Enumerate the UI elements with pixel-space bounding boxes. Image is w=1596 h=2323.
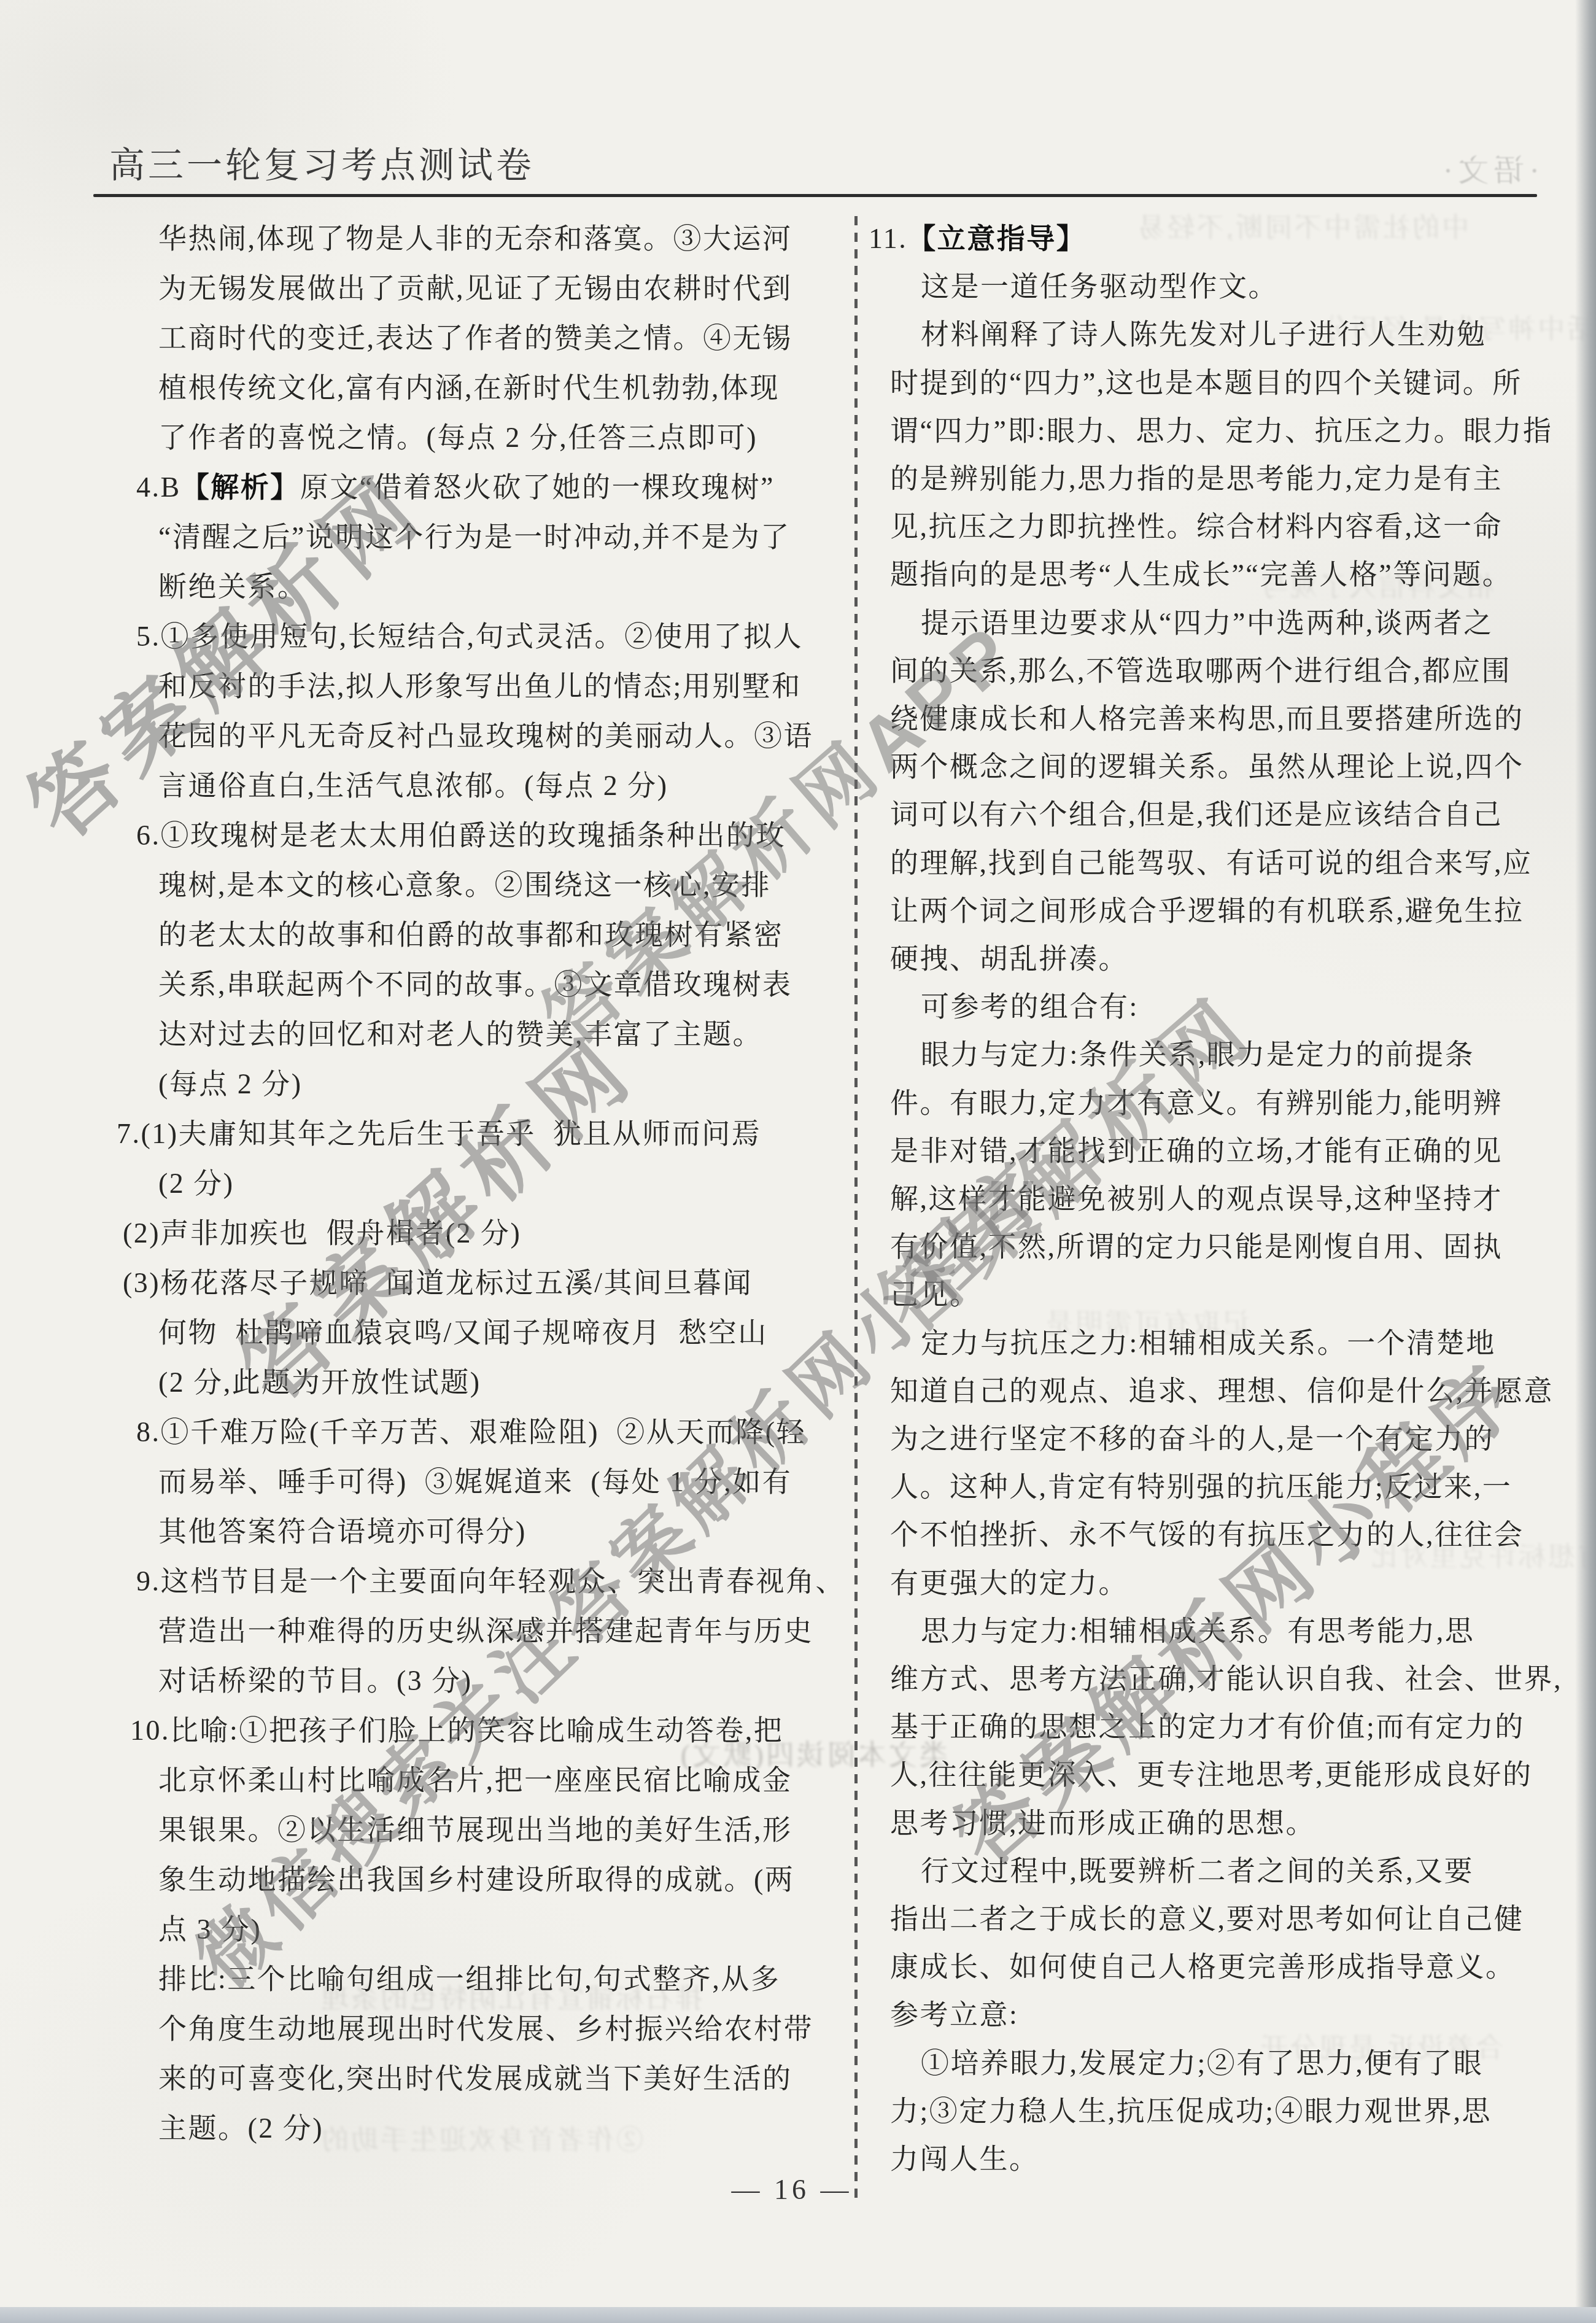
page-number: — 16 — — [663, 2173, 921, 2206]
page-title: 高三一轮复习考点测试卷 — [109, 136, 535, 188]
answer-line: 康成长、如何使自己人格更完善形成指导意义。 — [890, 1944, 1516, 1985]
answer-line: 基于正确的思想之上的定力才有价值;而有定力的 — [890, 1704, 1525, 1745]
answer-line: ①培养眼力,发展定力;②有了思力,便有了眼 — [921, 2041, 1483, 2081]
answer-line: 4.B【解析】原文“借着怒火砍了她的一棵玫瑰树” — [136, 465, 775, 505]
answer-line: 指出二者之于成长的意义,要对思考如何让自己健 — [890, 1896, 1524, 1937]
answer-line: 7.(1)夫庸知其年之先后生于吾乎 犹且从师而问焉 — [117, 1111, 761, 1152]
answer-line: 词可以有六个组合,但是,我们还是应该结合自己 — [890, 792, 1503, 832]
answer-line: “清醒之后”说明这个行为是一时冲动,并不是为了 — [158, 514, 791, 555]
answer-line: (2)声非加疾也 假舟楫者(2 分) — [123, 1211, 521, 1251]
answer-line: 可参考的组合有: — [921, 984, 1139, 1025]
answer-line: (每点 2 分) — [158, 1061, 303, 1102]
answer-line: 的老太太的故事和伯爵的故事都和玫瑰树有紧密 — [158, 912, 784, 953]
answer-line: 为之进行坚定不移的奋斗的人,是一个有定力的 — [890, 1416, 1494, 1457]
answer-line: 两个概念之间的逻辑关系。虽然从理论上说,四个 — [890, 744, 1524, 785]
answer-line: (2 分,此题为开放性试题) — [158, 1360, 481, 1400]
answer-line: 植根传统文化,富有内涵,在新时代生机勃勃,体现 — [158, 365, 780, 406]
answer-line: 华热闹,体现了物是人非的无奈和落寞。③大运河 — [158, 216, 792, 257]
answer-line: 思考习惯,进而形成正确的思想。 — [890, 1801, 1315, 1841]
answer-line: 有价值,不然,所谓的定力只能是刚愎自用、固执 — [890, 1224, 1503, 1265]
answer-line: 个角度生动地展现出时代发展、乡村振兴给农村带 — [158, 2006, 813, 2047]
answer-line: 个不怕挫折、永不气馁的有抗压之力的人,往往会 — [890, 1512, 1524, 1553]
column-divider-dashed-line — [854, 216, 858, 2205]
answer-line: 的是辨别能力,思力指的是思考能力,定力是有主 — [890, 456, 1503, 497]
answer-line: 题指向的是思考“人生成长”“完善人格”等问题。 — [890, 552, 1512, 592]
answer-line: 思力与定力:相辅相成关系。有思考能力,思 — [921, 1608, 1474, 1649]
answer-line: (2 分) — [158, 1161, 234, 1201]
answer-line: 这是一道任务驱动型作文。 — [921, 264, 1278, 304]
answer-line: 5.①多使用短句,长短结合,句式灵活。②使用了拟人 — [136, 614, 803, 654]
answer-line: 6.①玫瑰树是老太太用伯爵送的玫瑰插条种出的玫 — [136, 813, 786, 853]
answer-line: 花园的平凡无奇反衬凸显玫瑰树的美丽动人。③语 — [158, 713, 813, 754]
answer-line: 让两个词之间形成合乎逻辑的有机联系,避免生拉 — [890, 888, 1524, 929]
answer-line: 其他答案符合语境亦可得分) — [158, 1509, 527, 1549]
bleedthrough-text: ②作者首身欢迎生手助的 — [319, 2118, 643, 2157]
answer-line: 主题。(2 分) — [158, 2106, 323, 2146]
answer-line: 解,这样才能避免被别人的观点误导,这种坚持才 — [890, 1176, 1503, 1217]
answer-line: 对话桥梁的节目。(3 分) — [158, 1658, 473, 1699]
answer-line: 排比:三个比喻句组成一组排比句,句式整齐,从多 — [158, 1957, 780, 1997]
answer-line: 为无锡发展做出了贡献,见证了无锡由农耕时代到 — [158, 266, 792, 306]
answer-line: 和反衬的手法,拟人形象写出鱼儿的情态;用别墅和 — [158, 664, 802, 704]
answer-line: 力;③定力稳人生,抗压促成功;④眼力观世界,思 — [890, 2088, 1492, 2129]
answer-line: 的理解,找到自己能驾驭、有话可说的组合来写,应 — [890, 840, 1533, 881]
answer-line: 8.①千难万险(千辛万苦、艰难险阻) ②从天而降(轻 — [136, 1410, 806, 1450]
answer-line: 言通俗直白,生活气息浓郁。(每点 2 分) — [158, 763, 668, 804]
answer-line: 维方式、思考方法正确,才能认识自我、社会、世界, — [890, 1656, 1562, 1697]
answer-line: 象生动地描绘出我国乡村建设所取得的成就。(两 — [158, 1857, 794, 1898]
answer-line: 人。这种人,肯定有特别强的抗压能力;反过来,一 — [890, 1464, 1512, 1505]
answer-line: 点 3 分) — [158, 1907, 261, 1947]
answer-line: 力闯人生。 — [890, 2136, 1039, 2177]
answer-line: 断绝关系。 — [158, 564, 308, 605]
answer-line: 时提到的“四力”,这也是本题目的四个关键词。所 — [890, 360, 1522, 401]
answer-line: 达对过去的回忆和对老人的赞美,丰富了主题。 — [158, 1012, 762, 1052]
answer-line: 眼力与定力:条件关系,眼力是定力的前提条 — [921, 1032, 1474, 1072]
answer-line: 是非对错,才能找到正确的立场,才能有正确的见 — [890, 1128, 1503, 1169]
answer-line: 谓“四力”即:眼力、思力、定力、抗压之力。眼力指 — [890, 408, 1553, 449]
page-bottom-edge — [0, 2307, 1596, 2323]
header-rule — [93, 194, 1537, 197]
answer-line: 提示语里边要求从“四力”中选两种,谈两者之 — [921, 600, 1493, 641]
answer-line: 何物 杜鹃啼血猿哀鸣/又闻子规啼夜月 愁空山 — [158, 1310, 768, 1351]
answer-line: 而易举、唾手可得) ③娓娓道来 (每处 1 分,如有 — [158, 1459, 792, 1500]
answer-line: 营造出一种难得的历史纵深感并搭建起青年与历史 — [158, 1608, 813, 1649]
answer-line: 10.比喻:①把孩子们脸上的笑容比喻成生动答卷,把 — [130, 1708, 783, 1748]
answer-line: 工商时代的变迁,表达了作者的赞美之情。④无锡 — [158, 316, 792, 356]
page-right-edge-shadow — [1575, 0, 1596, 2323]
answer-line: 9.这档节目是一个主要面向年轻观众、突出青春视角、 — [136, 1559, 845, 1599]
answer-line: 人,往往能更深入、更专注地思考,更能形成良好的 — [890, 1752, 1533, 1793]
answer-line: 行文过程中,既要辨析二者之间的关系,又要 — [921, 1848, 1474, 1889]
bleedthrough-text: 中的社需中不同断,不轻易 — [1136, 206, 1469, 245]
answer-line: 有更强大的定力。 — [890, 1561, 1128, 1601]
answer-line: 绕健康成长和人格完善来构思,而且要搭建所选的 — [890, 696, 1524, 737]
answer-line: 见,抗压之力即抗挫性。综合材料内容看,这一命 — [890, 504, 1503, 545]
answer-line: 了作者的喜悦之情。(每点 2 分,任答三点即可) — [158, 415, 757, 456]
answer-line: (3)杨花落尽子规啼 闻道龙标过五溪/其间旦暮闻 — [123, 1260, 753, 1301]
answer-line: 硬拽、胡乱拼凑。 — [890, 936, 1128, 977]
answer-line: 己见。 — [890, 1272, 980, 1313]
answer-line: 来的可喜变化,突出时代发展成就当下美好生活的 — [158, 2056, 792, 2096]
answer-line: 知道自己的观点、追求、理想、信仰是什么,并愿意 — [890, 1368, 1554, 1409]
answer-line: 北京怀柔山村比喻成名片,把一座座民宿比喻成金 — [158, 1758, 792, 1798]
answer-line: 件。有眼力,定力才有意义。有辨别能力,能明辨 — [890, 1080, 1503, 1121]
answer-line: 定力与抗压之力:相辅相成关系。一个清楚地 — [921, 1321, 1496, 1361]
answer-line: 11.【立意指导】 — [869, 216, 1086, 257]
header-ghost-bleedthrough: ·语文· — [1404, 146, 1540, 190]
answer-line: 参考立意: — [890, 1992, 1018, 2033]
answer-line: 果银果。②以生活细节展现出当地的美好生活,形 — [158, 1807, 792, 1848]
answer-line: 间的关系,那么,不管选取哪两个进行组合,都应围 — [890, 648, 1511, 689]
answer-line: 关系,串联起两个不同的故事。③文章借玫瑰树表 — [158, 962, 792, 1002]
answer-line: 材料阐释了诗人陈先发对儿子进行人生劝勉 — [921, 312, 1487, 352]
answer-line: 瑰树,是本文的核心意象。②围绕这一核心,安排 — [158, 863, 771, 903]
